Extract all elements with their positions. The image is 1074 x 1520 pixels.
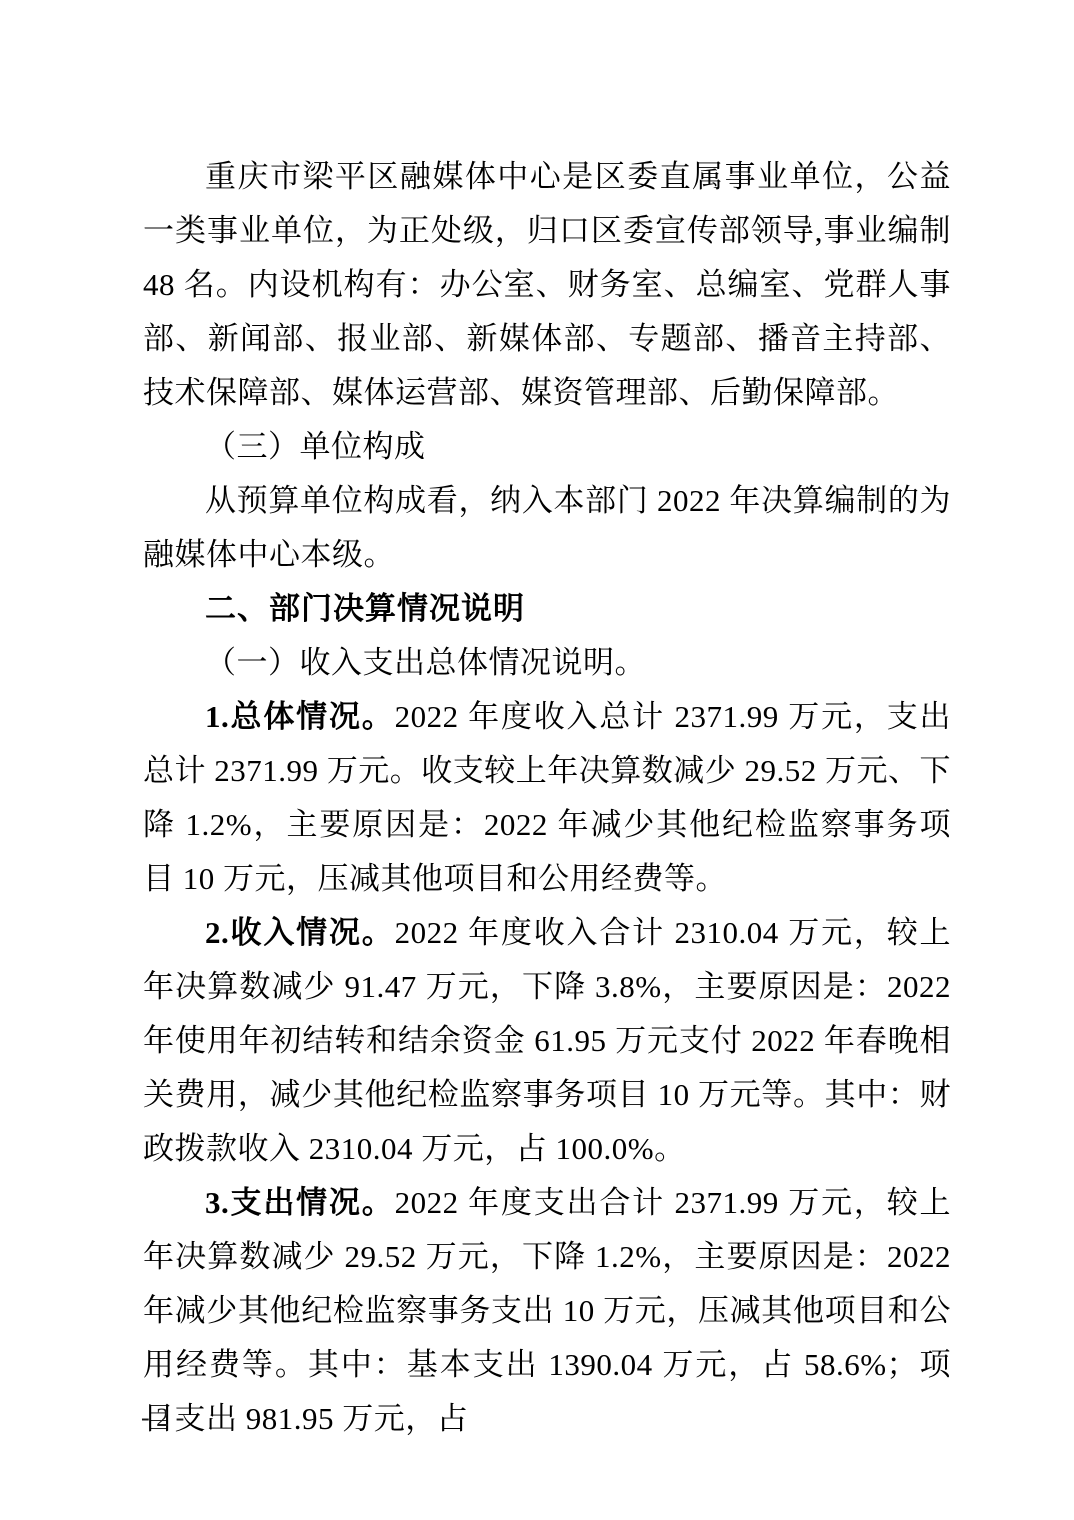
- document-page: 重庆市梁平区融媒体中心是区委直属事业单位，公益一类事业单位，为正处级，归口区委宣…: [0, 0, 1074, 1520]
- item1-lead-label: 1.总体情况。: [205, 699, 395, 734]
- item3-lead-label: 3.支出情况。: [205, 1185, 395, 1220]
- heading-section-two: 二、部门决算情况说明: [143, 582, 951, 636]
- page-number: - 2 -: [141, 1402, 184, 1434]
- item3-body-text: 2022 年度支出合计 2371.99 万元，较上年决算数减少 29.52 万元…: [143, 1185, 951, 1436]
- item2-lead-label: 2.收入情况。: [205, 915, 395, 950]
- paragraph-expense-situation: 3.支出情况。2022 年度支出合计 2371.99 万元，较上年决算数减少 2…: [143, 1176, 951, 1446]
- document-body: 重庆市梁平区融媒体中心是区委直属事业单位，公益一类事业单位，为正处级，归口区委宣…: [143, 150, 951, 1446]
- paragraph-income-situation: 2.收入情况。2022 年度收入合计 2310.04 万元，较上年决算数减少 9…: [143, 906, 951, 1176]
- heading-unit-composition: （三）单位构成: [143, 420, 951, 474]
- item2-body-text: 2022 年度收入合计 2310.04 万元，较上年决算数减少 91.47 万元…: [143, 915, 951, 1166]
- paragraph-org-overview: 重庆市梁平区融媒体中心是区委直属事业单位，公益一类事业单位，为正处级，归口区委宣…: [143, 150, 951, 420]
- heading-income-expense-overview: （一）收入支出总体情况说明。: [143, 636, 951, 690]
- paragraph-overall-situation: 1.总体情况。2022 年度收入总计 2371.99 万元，支出总计 2371.…: [143, 690, 951, 906]
- paragraph-unit-composition: 从预算单位构成看，纳入本部门 2022 年决算编制的为融媒体中心本级。: [143, 474, 951, 582]
